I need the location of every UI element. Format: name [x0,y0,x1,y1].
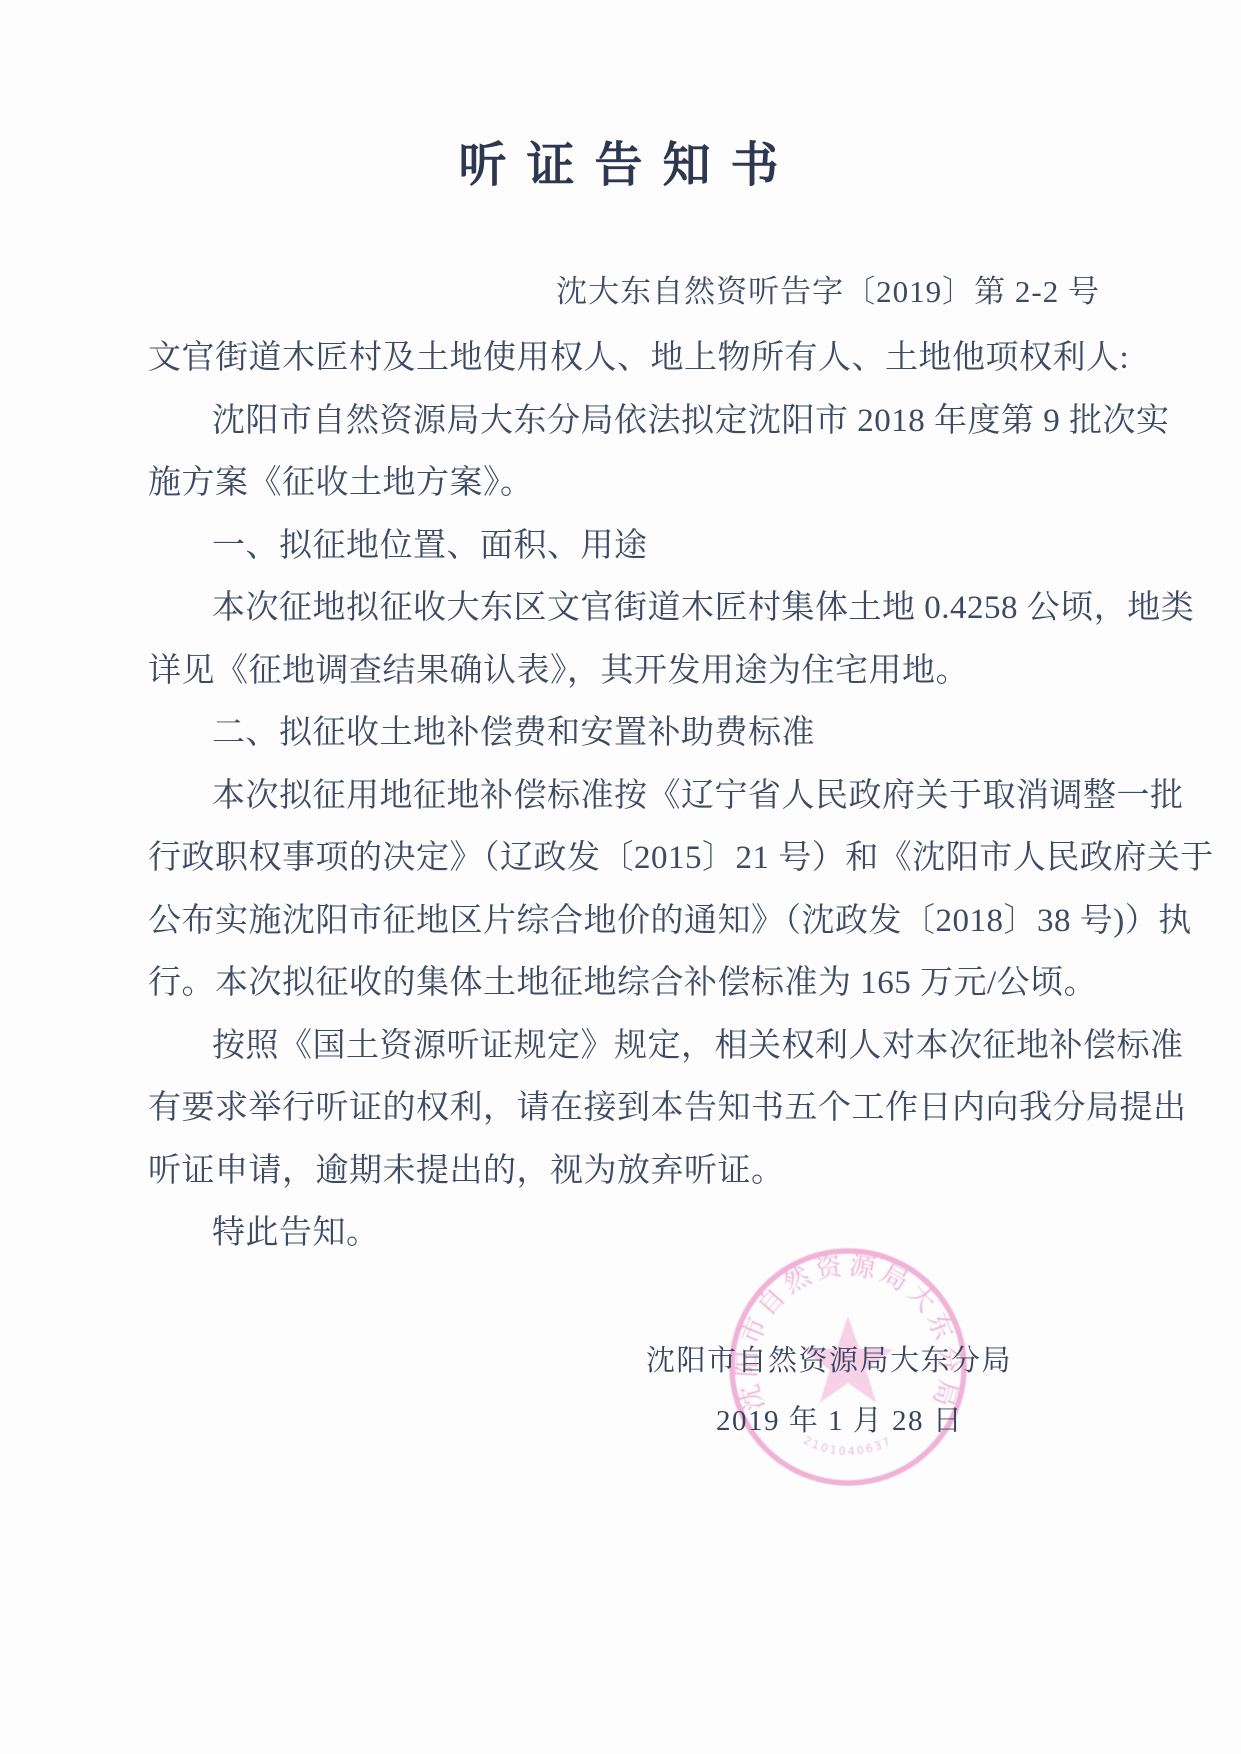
body-line: 有要求举行听证的权利，请在接到本告知书五个工作日内向我分局提出 [148,1077,1116,1140]
body-line: 本次拟征用地征地补偿标准按《辽宁省人民政府关于取消调整一批 [148,765,1116,828]
salutation-line: 文官街道木匠村及土地使用权人、地上物所有人、土地他项权利人: [148,327,1116,390]
document-page: 听 证 告 知 书 沈大东自然资听告字〔2019〕第 2-2 号 文官街道木匠村… [0,0,1241,1754]
body-line: 二、拟征收土地补偿费和安置补助费标准 [148,702,1116,765]
body-line: 公布实施沈阳市征地区片综合地价的通知》（沈政发〔2018〕38 号)）执 [148,890,1116,953]
body-line: 一、拟征地位置、面积、用途 [148,515,1116,578]
body-line: 听证申请，逾期未提出的，视为放弃听证。 [148,1140,1116,1203]
body-line: 按照《国土资源听证规定》规定，相关权利人对本次征地补偿标准 [148,1015,1116,1078]
signature-date: 2019 年 1 月 28 日 [716,1398,963,1439]
body-line: 本次征地拟征收大东区文官街道木匠村集体土地 0.4258 公顷，地类 [148,577,1116,640]
body-line: 沈阳市自然资源局大东分局依法拟定沈阳市 2018 年度第 9 批次实 [148,390,1116,453]
body-line: 施方案《征收土地方案》。 [148,452,1116,515]
body-line: 特此告知。 [148,1202,1116,1265]
document-number: 沈大东自然资听告字〔2019〕第 2-2 号 [0,266,1100,311]
signature-agency: 沈阳市自然资源局大东分局 [646,1338,1012,1379]
body-line: 行政职权事项的决定》（辽政发〔2015〕21 号）和《沈阳市人民政府关于 [148,827,1116,890]
body-line: 详见《征地调查结果确认表》，其开发用途为住宅用地。 [148,640,1116,703]
document-title: 听 证 告 知 书 [0,126,1241,195]
body-lines: 文官街道木匠村及土地使用权人、地上物所有人、土地他项权利人: 沈阳市自然资源局大… [148,327,1116,1265]
body-line: 行。本次拟征收的集体土地征地综合补偿标准为 165 万元/公顷。 [148,952,1116,1015]
